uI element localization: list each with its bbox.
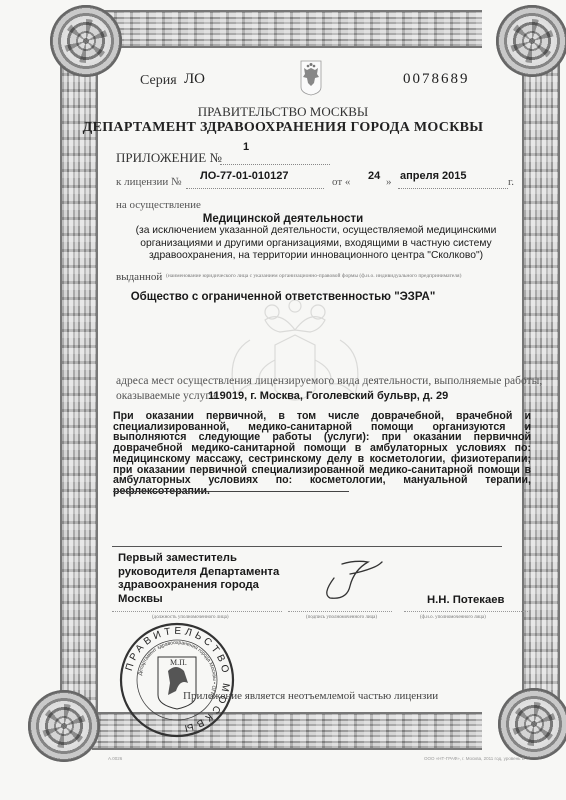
name-caption: (ф.и.о. уполномоченного лица) — [420, 615, 486, 620]
license-ref-label: к лицензии № — [116, 176, 182, 188]
activity-title: Медицинской деятельности — [0, 213, 566, 225]
license-appendix-page: Серия ЛО 0078689 ПРАВИТЕЛЬСТВО МОСКВЫ ДЕ… — [0, 0, 566, 800]
frame-border-right — [522, 62, 560, 722]
date-close-quote: » — [386, 176, 392, 188]
government-title: ПРАВИТЕЛЬСТВО МОСКВЫ — [0, 104, 566, 120]
works-end-line — [112, 538, 502, 547]
signer-name: Н.Н. Потекаев — [427, 594, 504, 606]
issued-label: выданной — [116, 271, 162, 283]
signature-caption: (подпись уполномоченного лица) — [306, 615, 377, 620]
address-value: 119019, г. Москва, Гоголевский бульвр, д… — [208, 390, 448, 402]
activity-label: на осуществление — [116, 199, 201, 211]
frame-border-top — [92, 10, 482, 48]
official-seal-stamp: ПРАВИТЕЛЬСТВО МОСКВЫ Департамент здравоо… — [118, 621, 236, 739]
signature-field-line — [288, 611, 392, 612]
print-code-left: А.0026 — [108, 756, 122, 761]
handwritten-signature — [320, 556, 390, 602]
date-suffix: г. — [508, 176, 514, 188]
frame-border-left — [60, 62, 98, 722]
signer-position: Первый заместитель руководителя Департам… — [118, 552, 298, 606]
position-field-line — [112, 611, 282, 612]
rosette-ornament-icon — [28, 690, 100, 762]
appendix-number-field-line — [220, 164, 330, 165]
series-label: Серия — [140, 73, 177, 89]
license-ref-field-line — [186, 188, 324, 189]
print-code-right: ООО «НТ-ГРАФ», г. Москва, 2011 год, уров… — [424, 756, 525, 761]
license-form-number: 0078689 — [403, 71, 470, 88]
license-ref-value: ЛО-77-01-010127 — [200, 170, 288, 182]
date-month-year: апреля 2015 — [400, 170, 467, 182]
appendix-label: ПРИЛОЖЕНИЕ № — [116, 150, 222, 166]
date-day: 24 — [368, 170, 380, 182]
rosette-ornament-icon — [50, 5, 122, 77]
name-field-line — [404, 611, 530, 612]
position-caption: (должность уполномоченного лица) — [152, 615, 229, 620]
date-from-label: от « — [332, 176, 350, 188]
works-underline — [113, 491, 349, 492]
stamp-center-mark: М.П. — [170, 658, 187, 667]
russian-coat-of-arms-icon — [300, 60, 322, 96]
department-title: ДЕПАРТАМЕНТ ЗДРАВООХРАНЕНИЯ ГОРОДА МОСКВ… — [0, 120, 566, 136]
footer-note: Приложение является неотъемлемой частью … — [183, 690, 438, 702]
activity-note: (за исключением указанной деятельности, … — [100, 225, 532, 263]
issued-hint: (наименование юридического лица с указан… — [166, 273, 461, 279]
works-description: При оказании первичной, в том числе довр… — [113, 411, 531, 497]
address-label-continued: оказываемые услуги — [116, 390, 216, 402]
rosette-ornament-icon — [496, 5, 566, 77]
appendix-number: 1 — [243, 141, 249, 153]
address-label: адреса мест осуществления лицензируемого… — [116, 375, 542, 387]
rosette-ornament-icon — [498, 688, 566, 760]
date-field-line — [398, 188, 508, 189]
series-value: ЛО — [184, 71, 205, 88]
eagle-watermark-icon — [220, 300, 370, 420]
